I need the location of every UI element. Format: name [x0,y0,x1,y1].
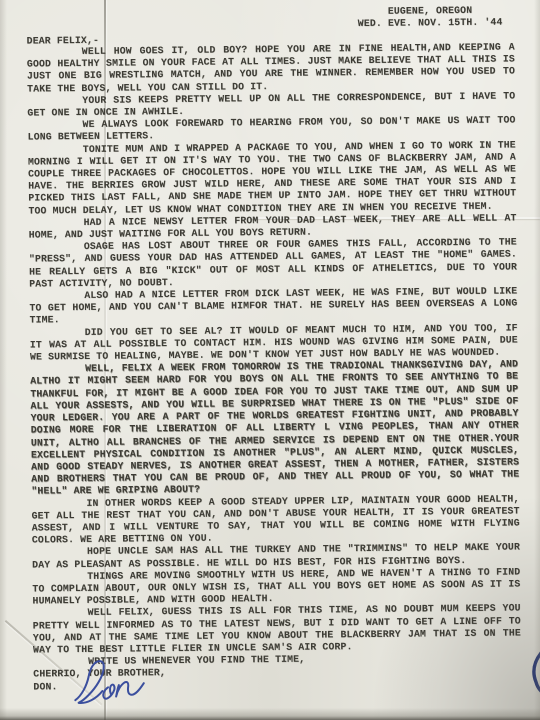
letter-paragraph: TONITE MUM AND I WRAPPED A PACKAGE TO YO… [28,139,517,217]
letter-paper: EUGENE, OREGON WED. EVE. NOV. 15TH. '44 … [0,0,540,720]
typed-signature-name: DON. [33,681,57,692]
letter-paragraph: WELL FELIX, GUESS THIS IS ALL FOR THIS T… [33,603,521,657]
letter-paragraph: WELL, FELIX A WEEK FROM TOMORROW IS THE … [30,359,519,498]
letter-paragraph: OSAGE HAS LOST ABOUT THREE OR FOUR GAMES… [29,237,517,291]
letter-paragraph: ALSO HAD A NICE LETTER FROM DICK LAST WE… [29,285,517,327]
letter-content: EUGENE, OREGON WED. EVE. NOV. 15TH. '44 … [0,0,540,720]
letter-body: WELL HOW GOES IT, OLD BOY? HOPE YOU ARE … [27,41,522,693]
letter-paragraph: WELL HOW GOES IT, OLD BOY? HOPE YOU ARE … [27,41,515,95]
letter-header: EUGENE, OREGON WED. EVE. NOV. 15TH. '44 [358,5,503,31]
letter-paragraph: IN OTHER WORDS KEEP A GOOD STEADY UPPER … [31,493,519,547]
letter-date: WED. EVE. NOV. 15TH. '44 [358,17,503,31]
letter-paragraph: DID YOU GET TO SEE AL? IT WOULD OF MEANT… [30,322,518,364]
letter-paragraph: THINGS ARE MOVING SMOOTHLY WITH US HERE,… [32,566,520,608]
